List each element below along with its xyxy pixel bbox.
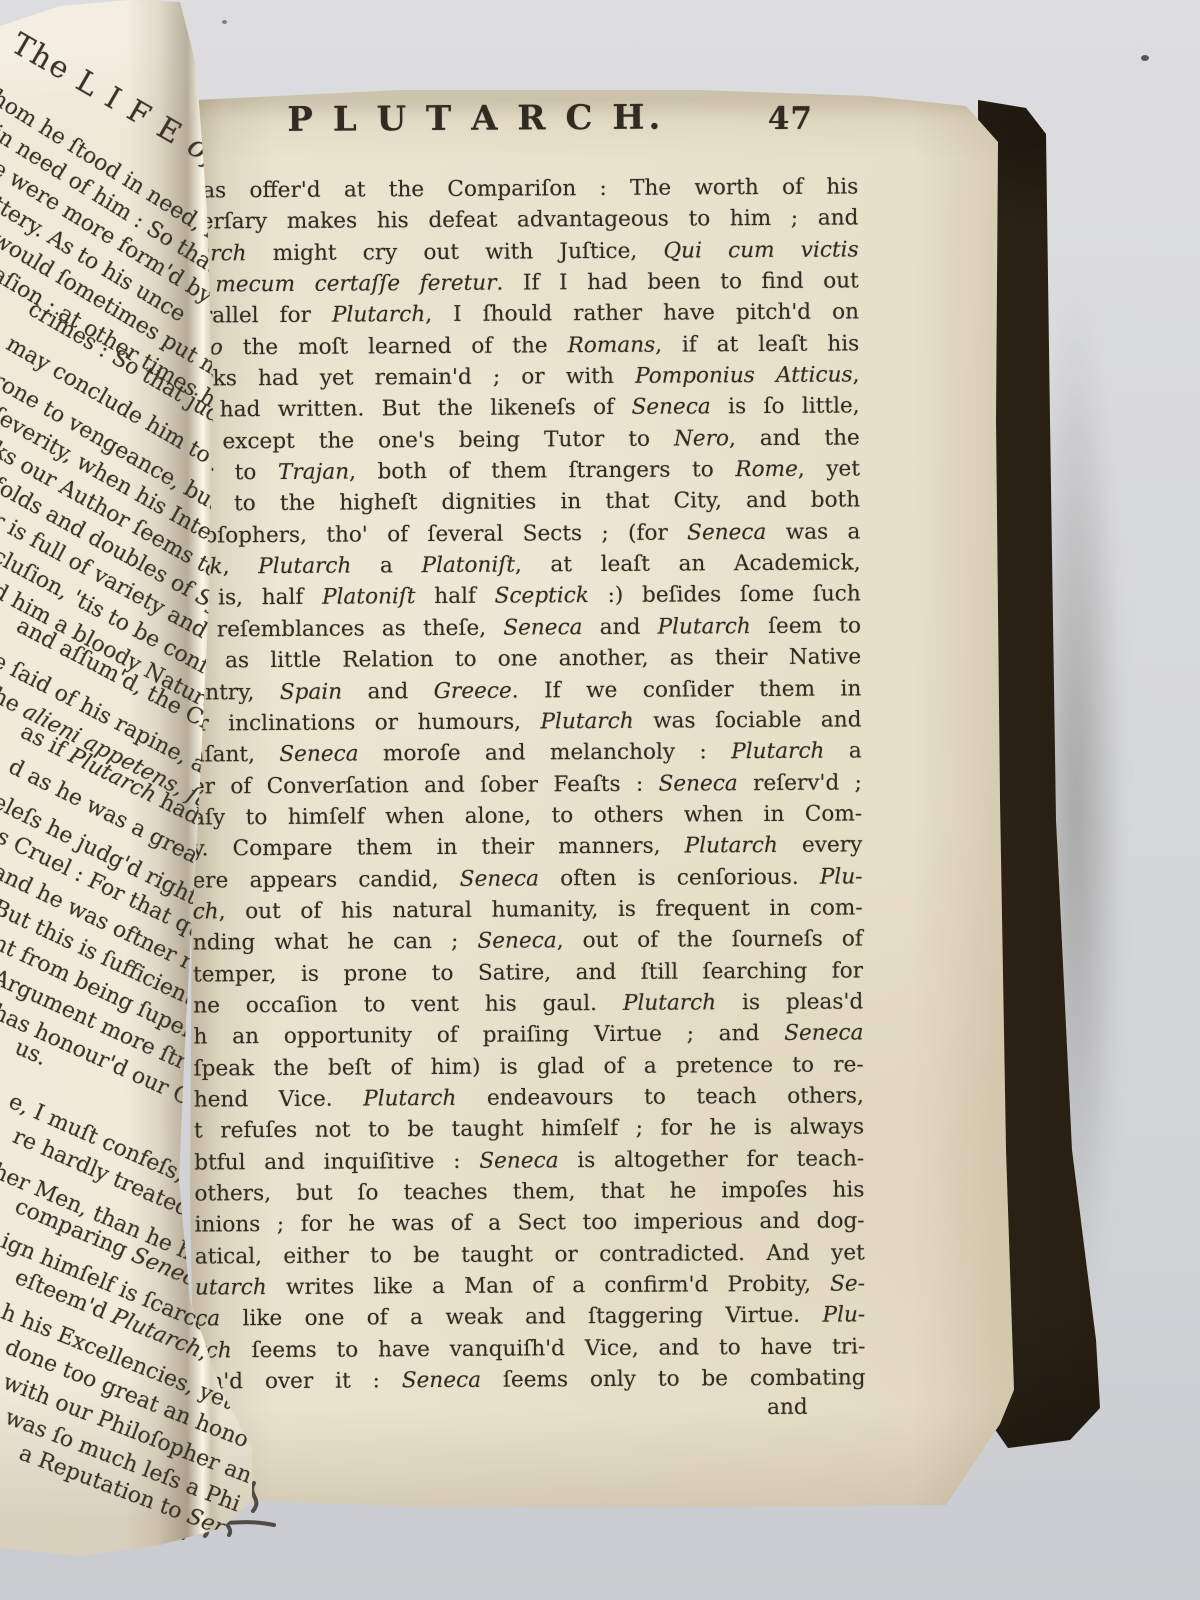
text-line: tarch might cry out with Juſtice, Qui cu… — [189, 234, 859, 269]
text-line: inions ; for he was of a Sect too imperi… — [194, 1206, 864, 1241]
text-line: nding what he can ; Seneca, out of the ſ… — [193, 924, 863, 959]
text-line: ir inclinations or humours, Plutarch was… — [191, 704, 861, 739]
dust-speck — [222, 20, 227, 24]
text-line: t refuſes not to be taught himſelf ; for… — [194, 1112, 864, 1147]
text-line: atical, either to be taught or contradic… — [195, 1237, 865, 1272]
text-line: btful and inquiſitive : Seneca is altoge… — [194, 1143, 864, 1178]
text-line: t is, half Platoniſt half Sceptick :) be… — [191, 579, 861, 614]
text-line: 'd to the higheſt dignities in that City… — [190, 485, 860, 520]
text-line: rro the moſt learned of the Romans, if a… — [189, 328, 859, 363]
page-body-text: has offer'd at the Compariſon : The wort… — [188, 171, 865, 1397]
text-line: aſy to himſelf when alone, to others whe… — [192, 798, 862, 833]
text-line: er to Trajan, both of them ſtrangers to … — [190, 453, 860, 488]
text-line: ne occaſion to vent his gaul. Plutarch i… — [193, 986, 863, 1021]
text-line: iloſophers, tho' of ſeveral Sects ; (for… — [190, 516, 860, 551]
page-number: 47 — [768, 101, 813, 137]
text-line: others, but ſo teaches them, that he imp… — [194, 1174, 864, 1209]
text-line: utarch writes like a Man of a confirm'd … — [195, 1268, 865, 1303]
text-line: t except the one's being Tutor to Nero, … — [190, 422, 860, 457]
text-line: , mecum certaſſe feretur. If I had been … — [189, 265, 859, 300]
text-line: e as little Relation to one another, as … — [191, 642, 861, 677]
photo-of-open-book: P L U T A R C H. 47 has offer'd at the C… — [0, 0, 1200, 1600]
catchword: and — [196, 1394, 866, 1423]
text-line: has offer'd at the Compariſon : The wort… — [188, 171, 858, 206]
dust-speck — [1141, 55, 1149, 61]
text-line: ca like one of a weak and ſtaggering Vir… — [195, 1300, 865, 1335]
text-line: ere appears candid, Seneca often is cenſ… — [192, 861, 862, 896]
text-line: verſary makes his defeat advantageous to… — [188, 203, 858, 238]
text-line: y. Compare them in their manners, Plutar… — [192, 830, 862, 865]
ink-spot — [846, 78, 869, 95]
text-line: ſpeak the beſt of him) is glad of a pret… — [194, 1049, 864, 1084]
text-line: ick, Plutarch a Platoniſt, at leaſt an A… — [190, 548, 860, 583]
text-line: arallel for Plutarch, I ſhould rather ha… — [189, 297, 859, 332]
text-line: aſant, Seneca moroſe and melancholy : Pl… — [192, 736, 862, 771]
text-line: orks had yet remain'd ; or with Pomponiu… — [189, 359, 859, 394]
text-line: e had written. But the likeneſs of Senec… — [190, 391, 860, 426]
text-line: untry, Spain and Greece. If we conſider … — [191, 673, 861, 708]
text-line: ch, out of his natural humanity, is freq… — [193, 892, 863, 927]
text-line: ph'd over it : Seneca ſeems only to be c… — [195, 1362, 865, 1397]
text-line: hend Vice. Plutarch endeavours to teach … — [194, 1080, 864, 1115]
running-title: P L U T A R C H. — [246, 97, 706, 140]
text-line: temper, is prone to Satire, and ſtill ſe… — [193, 955, 863, 990]
text-line: er of Converſation and ſober Feaſts : Se… — [192, 767, 862, 802]
text-line: t reſemblances as theſe, Seneca and Plut… — [191, 610, 861, 645]
text-line: rch ſeems to have vanquiſh'd Vice, and t… — [195, 1331, 865, 1366]
text-line: h an opportunity of praiſing Virtue ; an… — [193, 1018, 863, 1053]
